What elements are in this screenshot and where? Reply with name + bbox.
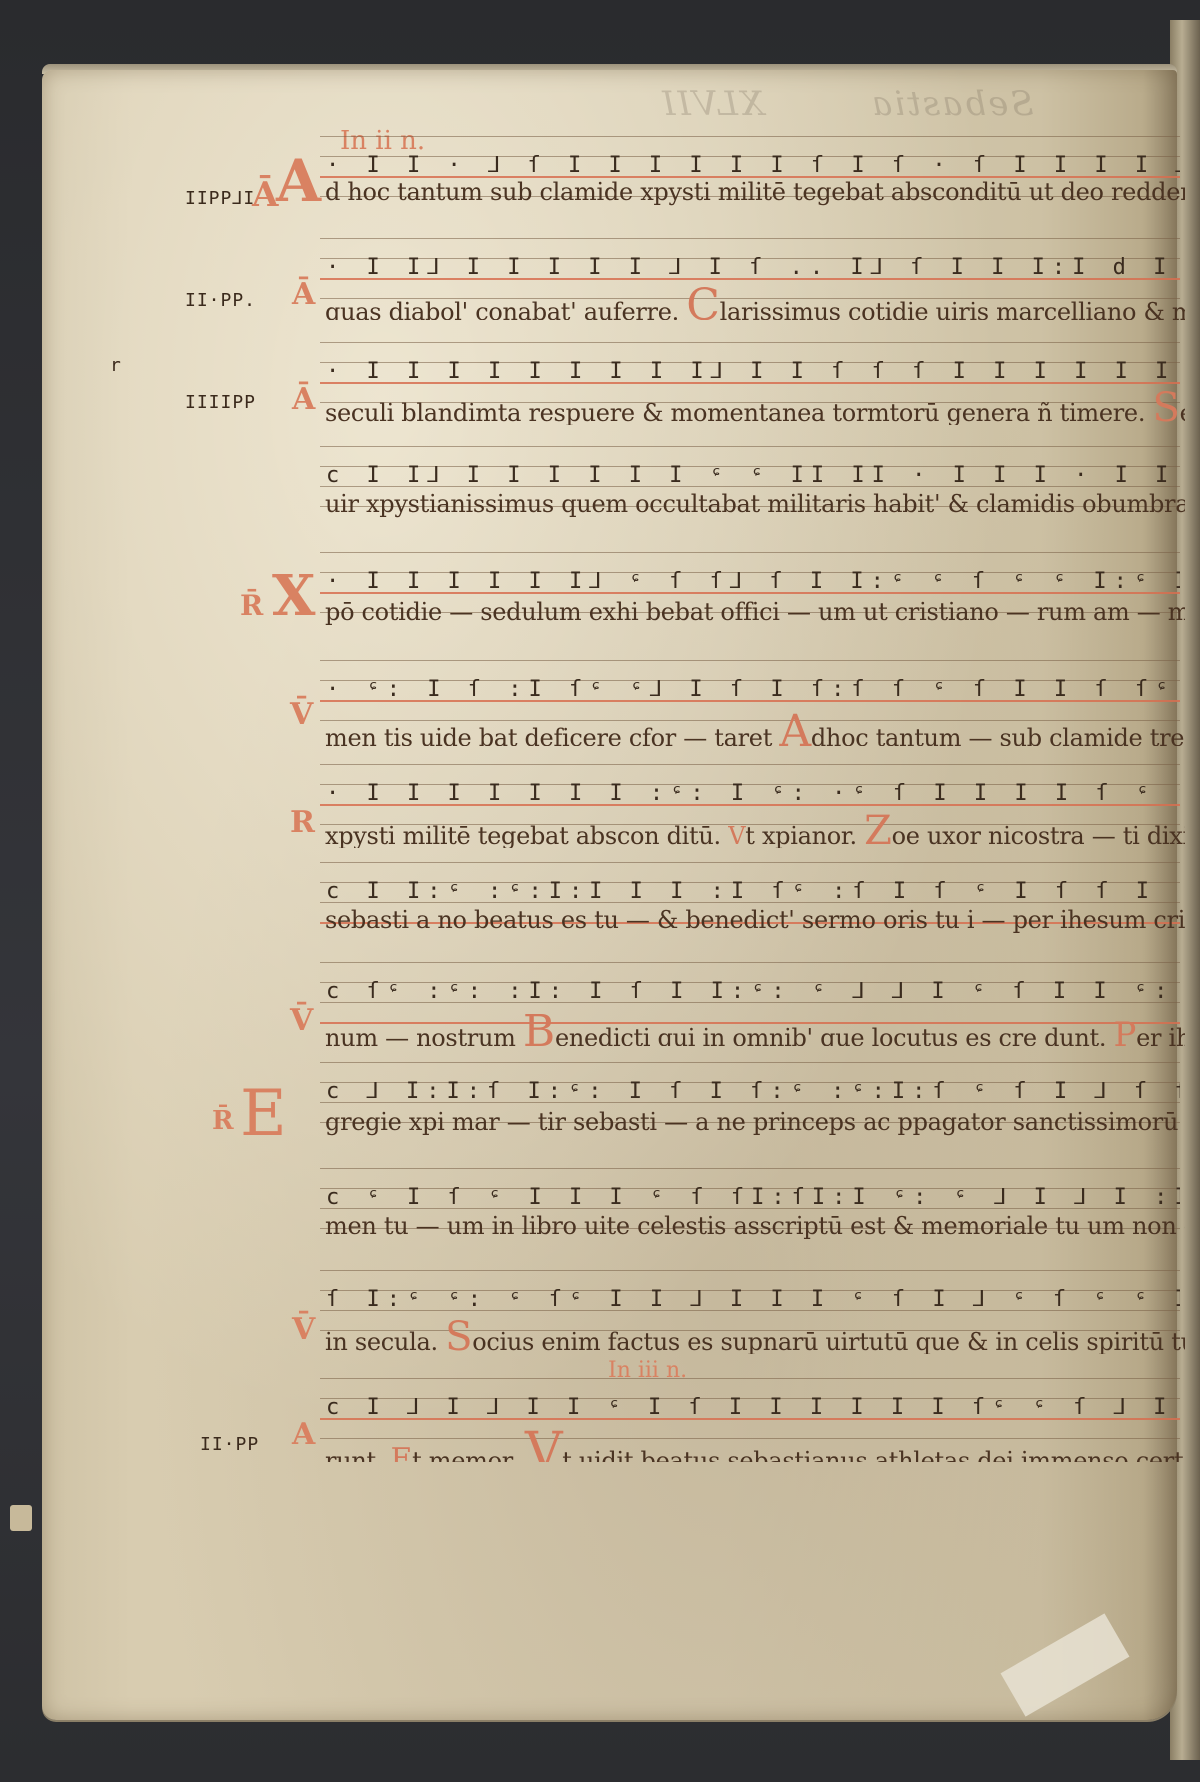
chant-text-line: gregie xpi mar — tir sebasti — a ne prin… [325,1108,1185,1148]
chant-text-line: quas diabol' conabat' auferre. Clarissim… [325,280,1185,320]
chant-text-line: d hoc tantum sub clamide xpysti militē t… [325,178,1185,218]
initial-letter: A [292,1420,315,1450]
showthrough-folio-mark: XLVII [660,84,764,124]
initial-letter: A [276,152,321,210]
margin-neume-note: II·PP [200,1434,259,1455]
chant-text-line: men tis uide bat deficere cfor — taret A… [325,706,1185,746]
chant-text-line: pō cotidie — sedulum exhi bebat offici —… [325,598,1185,638]
initial-letter: X [272,568,315,624]
initial-letter: Ā [292,280,315,310]
initial-prefix: R̄ [212,1108,234,1134]
initial-prefix: Ā [252,178,278,212]
chant-text-line: runt. Et memor. Vt uidit beatus sebastia… [325,1422,1185,1462]
margin-neume-note: II·PP. [185,290,256,311]
initial-letter: Ā [292,385,315,415]
initial-letter: V̄ [290,700,313,730]
page-tab [10,1505,32,1531]
initial-letter: V̄ [290,1006,313,1036]
chant-text-line: men tu — um in libro uite celestis asscr… [325,1212,1185,1252]
chant-text-line: num — nostrum Benedicti qui in omnib' qu… [325,1006,1185,1046]
chant-text-line: seculi blandimta respuere & momentanea t… [325,385,1185,425]
initial-letter: E [240,1082,287,1146]
margin-neume-note: IIIIPP [185,392,256,413]
margin-neume-note: IIPP⅃I [185,188,255,209]
initial-letter: V̄ [292,1315,315,1345]
margin-mark: r [110,355,122,376]
chant-text-line: xpysti militē tegebat abscon ditū. Vt xp… [325,808,1185,848]
initial-letter: R [290,808,315,838]
showthrough-heading: Sebastia [870,84,1034,124]
initial-prefix: R̄ [240,592,263,620]
chant-text-line: in secula. Socius enim factus es supnarū… [325,1314,1185,1354]
chant-text-line: uir xpystianissimus quem occultabat mili… [325,490,1185,530]
chant-text-line: sebasti a no beatus es tu — & benedict' … [325,906,1185,946]
